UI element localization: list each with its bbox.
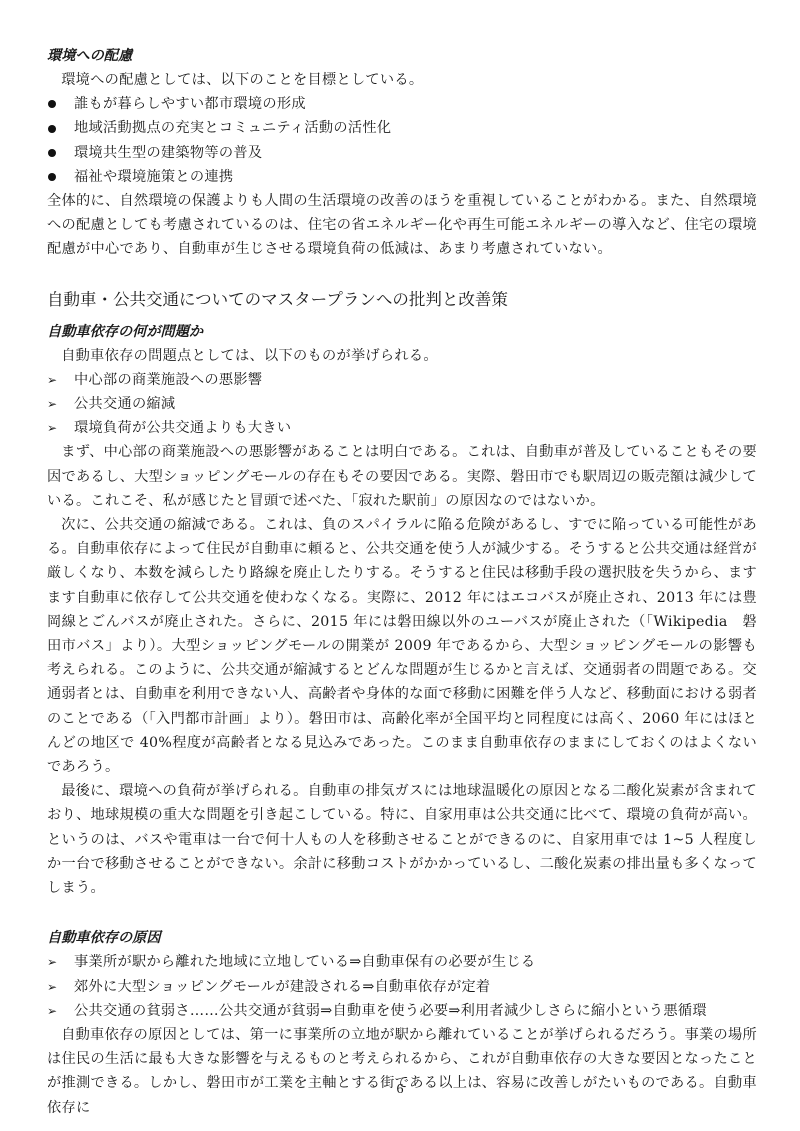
env-body: 全体的に、自然環境の保護よりも人間の生活環境の改善のほうを重視していることがわか… — [47, 189, 757, 262]
env-bullet-list: 誰もが暮らしやすい都市環境の形成 地域活動拠点の充実とコミュニティ活動の活性化 … — [47, 92, 757, 189]
bullet-dot-icon — [47, 141, 74, 165]
env-heading: 環境への配慮 — [47, 44, 757, 68]
list-item: 福祉や環境施策との連携 — [47, 165, 757, 189]
list-item: ➢中心部の商業施設への悪影響 — [47, 368, 757, 392]
cause-heading: 自動車依存の原因 — [47, 926, 757, 950]
problem-bullet-list: ➢中心部の商業施設への悪影響 ➢公共交通の縮減 ➢環境負荷が公共交通よりも大きい — [47, 368, 757, 441]
main-section-heading: 自動車・公共交通についてのマスタープランへの批判と改善策 — [47, 288, 757, 312]
list-item: ➢公共交通の貧弱さ……公共交通が貧弱⇒自動車を使う必要⇒利用者減少しさらに縮小と… — [47, 999, 757, 1023]
page-number: 6 — [0, 1082, 800, 1098]
list-item: ➢公共交通の縮減 — [47, 392, 757, 416]
cause-paragraph-1: 自動車依存の原因としては、第一に事業所の立地が駅から離れていることが挙げられるだ… — [47, 1023, 757, 1120]
problem-paragraph-2: 次に、公共交通の縮減である。これは、負のスパイラルに陥る危険があるし、すでに陥っ… — [47, 513, 757, 779]
bullet-dot-icon — [47, 165, 74, 189]
list-item: 誰もが暮らしやすい都市環境の形成 — [47, 92, 757, 116]
env-intro: 環境への配慮としては、以下のことを目標としている。 — [47, 68, 757, 92]
arrow-bullet-icon: ➢ — [47, 368, 74, 392]
arrow-bullet-icon: ➢ — [47, 975, 74, 999]
list-item: 地域活動拠点の充実とコミュニティ活動の活性化 — [47, 116, 757, 140]
cause-bullet-list: ➢事業所が駅から離れた地域に立地している⇒自動車保有の必要が生じる ➢郊外に大型… — [47, 950, 757, 1023]
arrow-bullet-icon: ➢ — [47, 950, 74, 974]
document-page: 環境への配慮 環境への配慮としては、以下のことを目標としている。 誰もが暮らしや… — [47, 44, 757, 1120]
arrow-bullet-icon: ➢ — [47, 999, 74, 1023]
bullet-dot-icon — [47, 117, 74, 141]
problem-heading: 自動車依存の何が問題か — [47, 320, 757, 344]
bullet-dot-icon — [47, 92, 74, 116]
arrow-bullet-icon: ➢ — [47, 416, 74, 440]
arrow-bullet-icon: ➢ — [47, 392, 74, 416]
problem-paragraph-1: まず、中心部の商業施設への悪影響があることは明白である。これは、自動車が普及して… — [47, 440, 757, 513]
list-item: ➢郊外に大型ショッピングモールが建設される⇒自動車依存が定着 — [47, 975, 757, 999]
list-item: 環境共生型の建築物等の普及 — [47, 141, 757, 165]
problem-paragraph-3: 最後に、環境への負荷が挙げられる。自動車の排気ガスには地球温暖化の原因となる二酸… — [47, 779, 757, 900]
problem-intro: 自動車依存の問題点としては、以下のものが挙げられる。 — [47, 344, 757, 368]
list-item: ➢環境負荷が公共交通よりも大きい — [47, 416, 757, 440]
list-item: ➢事業所が駅から離れた地域に立地している⇒自動車保有の必要が生じる — [47, 950, 757, 974]
